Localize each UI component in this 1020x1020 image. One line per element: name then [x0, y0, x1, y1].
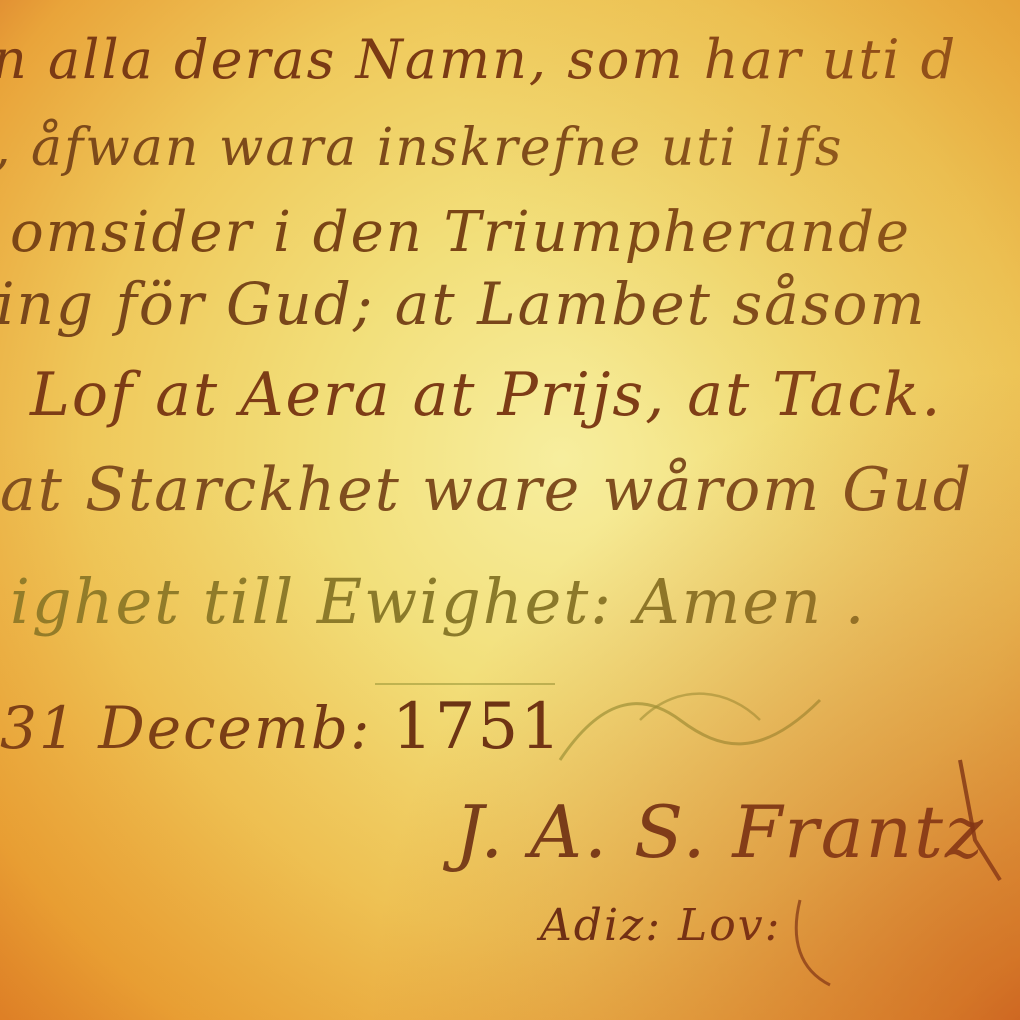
- manuscript-line-7: ighet till Ewighet: Amen .: [10, 565, 866, 638]
- manuscript-line-1: n alla deras Namn, som har uti d: [0, 28, 957, 91]
- manuscript-page: n alla deras Namn, som har uti d , åfwan…: [0, 0, 1020, 1020]
- manuscript-line-3: omsider i den Triumpherande: [10, 200, 911, 265]
- manuscript-line-2: , åfwan wara inskrefne uti lifs: [0, 118, 843, 178]
- manuscript-line-5: Lof at Aera at Prijs, at Tack.: [30, 360, 942, 430]
- date-day: 31: [0, 694, 78, 762]
- manuscript-line-6: at Starckhet ware wårom Gud: [0, 455, 973, 525]
- date-year: 1751: [392, 690, 563, 764]
- signature-title: Adiz: Lov:: [540, 900, 781, 951]
- manuscript-line-4: ing för Gud; at Lambet såsom: [0, 270, 926, 338]
- signature-name: J. A. S. Frantz: [455, 790, 985, 874]
- date-month: Decemb:: [98, 694, 371, 762]
- date-rule: [375, 683, 555, 685]
- manuscript-date: 31 Decemb: 1751: [0, 690, 563, 764]
